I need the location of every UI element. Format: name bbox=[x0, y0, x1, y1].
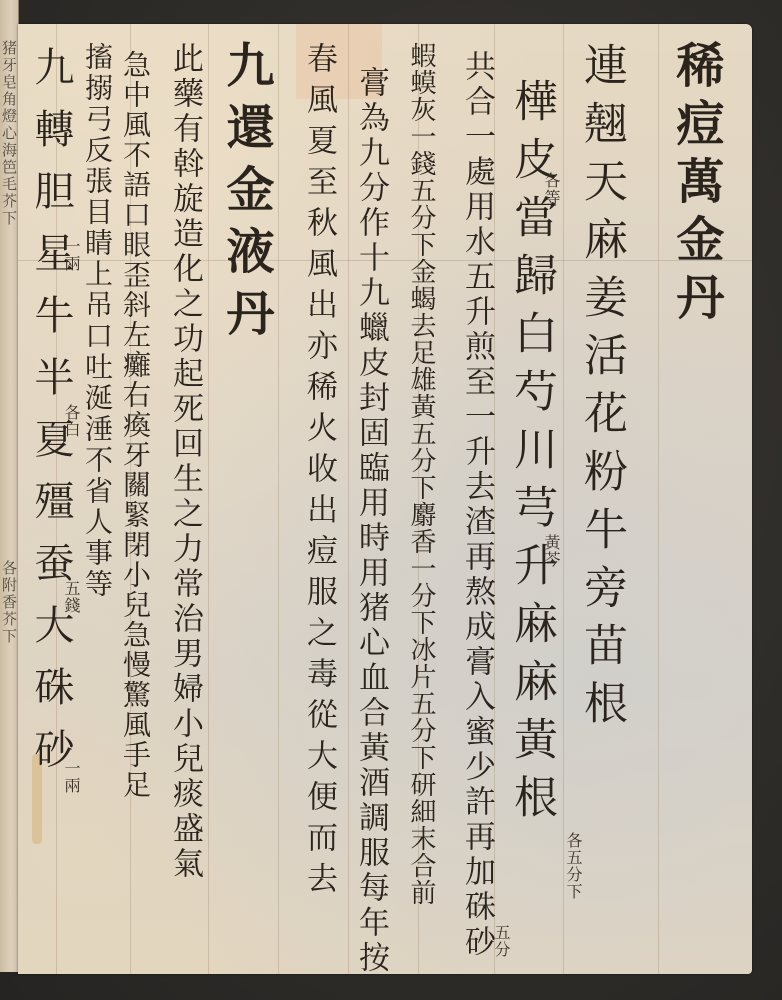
previous-page-text: 各附香芥下 bbox=[1, 560, 17, 645]
dosage-note: 一兩 bbox=[62, 760, 80, 794]
dosage-note: 五錢 bbox=[62, 580, 80, 614]
instruction-column: 急中風不語口眼歪斜左癱右瘓牙關緊閉小兒急慢驚風手足 bbox=[118, 50, 152, 800]
previous-page-text: 猪牙皂角燈心海笆毛芥下 bbox=[1, 40, 17, 227]
dosage-note: 五分 bbox=[492, 924, 510, 958]
column-rule bbox=[208, 24, 209, 974]
dosage-note: 各五分下 bbox=[564, 832, 582, 900]
instruction-column: 搐搦弓反張目睛上吊口吐涎涶不省人事等 bbox=[80, 42, 114, 600]
instruction-column: 膏為九分作十九蠟皮封固臨用時用猪心血合黃酒調服每年按 bbox=[352, 66, 390, 976]
herb-list-column: 連翹天麻姜活花粉牛旁苗根 bbox=[574, 42, 628, 738]
recipe-title: 稀痘萬金丹 bbox=[668, 40, 724, 330]
column-rule bbox=[278, 24, 279, 974]
instruction-column: 春風夏至秋風出亦稀火收出痘服之毒從大便而去 bbox=[300, 42, 338, 903]
recipe-title: 九還金液丹 bbox=[218, 40, 274, 350]
instruction-column: 蝦蟆灰一錢五分下金蝎去足雄黃五分下麝香一分下冰片五分下研細末合前 bbox=[404, 42, 438, 906]
manuscript-leaf: 稀痘萬金丹 連翹天麻姜活花粉牛旁苗根 樺皮當歸白芍川芎升麻麻黃根 各等 黃芩 各… bbox=[18, 24, 752, 974]
instruction-column: 共合一處用水五升煎至一升去渣再熬成膏入蜜少許再加硃砂 bbox=[458, 50, 496, 960]
dosage-note: 黃芩 bbox=[542, 534, 560, 568]
previous-page-edge: 猪牙皂角燈心海笆毛芥下 各附香芥下 bbox=[0, 0, 19, 972]
dosage-note: 各等 bbox=[542, 172, 560, 206]
column-rule bbox=[658, 24, 659, 974]
dosage-note: 一兩 bbox=[62, 238, 80, 272]
dosage-note: 各白 bbox=[62, 404, 80, 438]
instruction-column: 此藥有斡旋造化之功起死回生之力常治男婦小兒痰盛氣 bbox=[166, 42, 204, 882]
column-rule bbox=[348, 24, 349, 974]
